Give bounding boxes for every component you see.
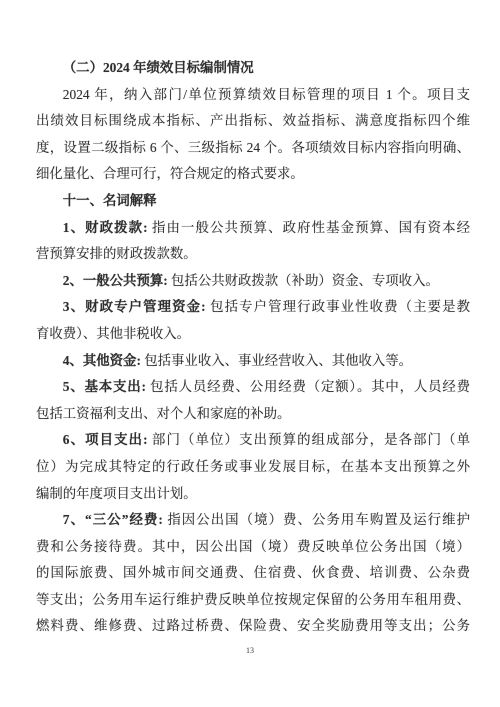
glossary-term-continuation: 营预算安排的财政拨款数。 xyxy=(36,241,470,268)
glossary-heading: 十一、名词解释 xyxy=(36,188,470,215)
glossary-term-definition: 部门（单位）支出预算的组成部分，是各部门（单 xyxy=(152,432,470,447)
glossary-term-line: 2、一般公共预算: 包括公共财政拨款（补助）资金、专项收入。 xyxy=(36,268,470,295)
glossary-term-line: 5、基本支出: 包括人员经费、公用经费（定额）。其中，人员经费 xyxy=(36,374,470,401)
glossary-term-line: 3、财政专户管理资金: 包括专户管理行政事业性收费（主要是教 xyxy=(36,294,470,321)
page-content: （二）2024 年绩效目标编制情况 2024 年，纳入部门/单位预算绩效目标管理… xyxy=(36,55,470,640)
intro-paragraph-line: 细化量化、合理可行，符合规定的格式要求。 xyxy=(36,161,470,188)
intro-paragraph-line: 出绩效目标围绕成本指标、产出指标、效益指标、满意度指标四个维 xyxy=(36,108,470,135)
section-heading: （二）2024 年绩效目标编制情况 xyxy=(36,55,470,82)
document-page: （二）2024 年绩效目标编制情况 2024 年，纳入部门/单位预算绩效目标管理… xyxy=(0,0,500,707)
glossary-term-line: 7、“三公”经费: 指因公出国（境）费、公务用车购置及运行维护 xyxy=(36,507,470,534)
glossary-term-name: 2、一般公共预算: xyxy=(63,273,171,288)
glossary-term-definition: 指因公出国（境）费、公务用车购置及运行维护 xyxy=(167,512,470,527)
intro-paragraph-line: 2024 年，纳入部门/单位预算绩效目标管理的项目 1 个。项目支 xyxy=(36,82,470,109)
glossary-term-name: 5、基本支出: xyxy=(63,379,150,394)
glossary-term-definition: 包括专户管理行政事业性收费（主要是教 xyxy=(210,299,470,314)
glossary-term-continuation: 位）为完成其特定的行政任务或事业发展目标，在基本支出预算之外 xyxy=(36,454,470,481)
glossary-term-continuation: 编制的年度项目支出计划。 xyxy=(36,481,470,508)
glossary-term-definition: 指由一般公共预算、政府性基金预算、国有资本经 xyxy=(152,220,470,235)
glossary-term-name: 1、财政拨款: xyxy=(63,220,152,235)
glossary-term-name: 6、项目支出: xyxy=(63,432,152,447)
glossary-term-name: 7、“三公”经费: xyxy=(63,512,168,527)
glossary-term-definition: 包括人员经费、公用经费（定额）。其中，人员经费 xyxy=(150,379,470,394)
glossary-term-line: 1、财政拨款: 指由一般公共预算、政府性基金预算、国有资本经 xyxy=(36,215,470,242)
glossary-term-continuation: 的国际旅费、国外城市间交通费、住宿费、伙食费、培训费、公杂费 xyxy=(36,560,470,587)
glossary-term-definition: 包括公共财政拨款（补助）资金、专项收入。 xyxy=(171,273,439,288)
page-number: 13 xyxy=(0,645,500,657)
glossary-term-continuation: 费和公务接待费。其中，因公出国（境）费反映单位公务出国（境） xyxy=(36,534,470,561)
glossary-term-continuation: 包括工资福利支出、对个人和家庭的补助。 xyxy=(36,401,470,428)
glossary-term-name: 4、其他资金: xyxy=(63,353,144,368)
glossary-term-line: 4、其他资金: 包括事业收入、事业经营收入、其他收入等。 xyxy=(36,348,470,375)
intro-paragraph-line: 度，设置二级指标 6 个、三级指标 24 个。各项绩效目标内容指向明确、 xyxy=(36,135,470,162)
glossary-term-continuation: 育收费）、其他非税收入。 xyxy=(36,321,470,348)
glossary-term-definition: 包括事业收入、事业经营收入、其他收入等。 xyxy=(144,353,412,368)
glossary-term-name: 3、财政专户管理资金: xyxy=(63,299,210,314)
glossary-term-line: 6、项目支出: 部门（单位）支出预算的组成部分，是各部门（单 xyxy=(36,427,470,454)
glossary-term-continuation: 燃料费、维修费、过路过桥费、保险费、安全奖励费用等支出；公务 xyxy=(36,613,470,640)
glossary-term-continuation: 等支出；公务用车运行维护费反映单位按规定保留的公务用车租用费、 xyxy=(36,587,470,614)
